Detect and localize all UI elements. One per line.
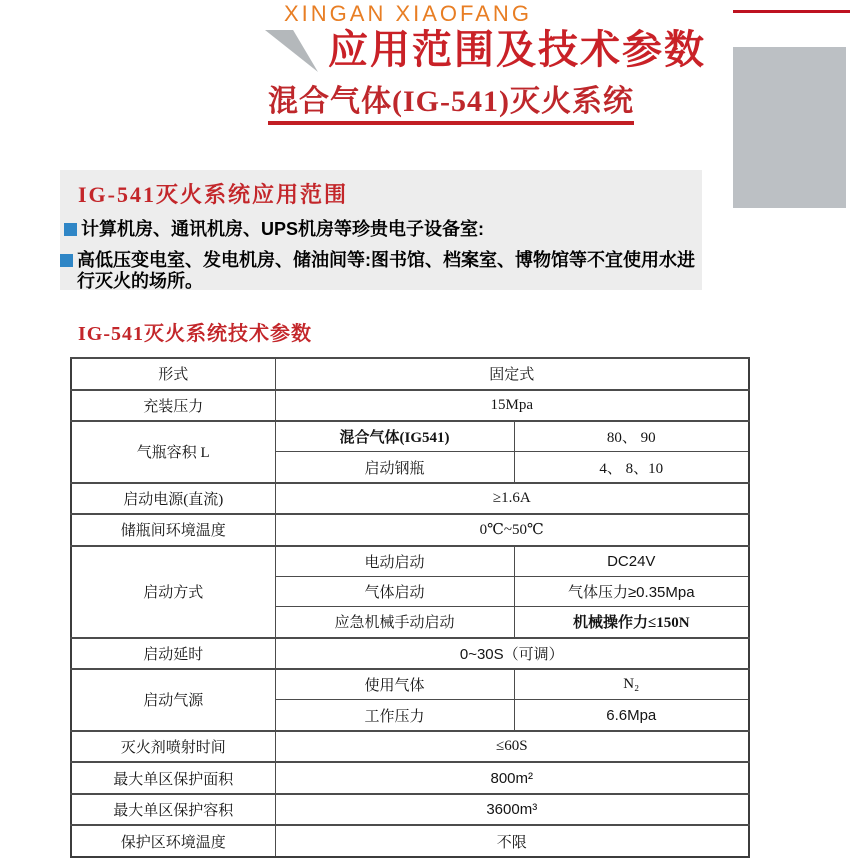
table-cell-label: 气瓶容积 L bbox=[71, 421, 275, 483]
application-item-list: 计算机房、通讯机房、UPS机房等珍贵电子设备室:高低压变电室、发电机房、储油间等… bbox=[60, 219, 702, 292]
application-item-text: 计算机房、通讯机房、UPS机房等珍贵电子设备室: bbox=[81, 219, 484, 240]
table-cell-label: 储瓶间环境温度 bbox=[71, 514, 275, 546]
table-cell-label: 启动方式 bbox=[71, 546, 275, 638]
table-cell-value: 机械操作力≤150N bbox=[514, 607, 749, 638]
system-subtitle: 混合气体(IG-541)灭火系统 bbox=[268, 85, 634, 125]
title-triangle-icon bbox=[265, 30, 318, 72]
table-row: 储瓶间环境温度0℃~50℃ bbox=[71, 514, 749, 546]
table-cell-value: ≥1.6A bbox=[275, 483, 749, 515]
brochure-page: XINGAN XIAOFANG 应用范围及技术参数 混合气体(IG-541)灭火… bbox=[0, 0, 850, 864]
table-row: 形式固定式 bbox=[71, 358, 749, 390]
table-row: 充装压力15Mpa bbox=[71, 390, 749, 422]
table-cell-label: 最大单区保护容积 bbox=[71, 794, 275, 826]
table-cell-value: 0℃~50℃ bbox=[275, 514, 749, 546]
table-cell-subname: 启动钢瓶 bbox=[275, 452, 514, 483]
table-cell-subname: 混合气体(IG541) bbox=[275, 421, 514, 452]
table-cell-label: 启动延时 bbox=[71, 638, 275, 670]
table-row: 启动延时0~30S（可调） bbox=[71, 638, 749, 670]
table-cell-label: 灭火剂喷射时间 bbox=[71, 731, 275, 763]
table-cell-value: 6.6Mpa bbox=[514, 700, 749, 731]
table-cell-value: 80、 90 bbox=[514, 421, 749, 452]
table-cell-value: 15Mpa bbox=[275, 390, 749, 422]
table-cell-value: 800m² bbox=[275, 762, 749, 794]
table-row: 最大单区保护容积3600m³ bbox=[71, 794, 749, 826]
table-cell-subname: 使用气体 bbox=[275, 669, 514, 700]
table-row: 灭火剂喷射时间≤60S bbox=[71, 731, 749, 763]
table-cell-value: 4、 8、10 bbox=[514, 452, 749, 483]
application-item-text: 高低压变电室、发电机房、储油间等:图书馆、档案室、博物馆等不宜使用水进行灭火的场… bbox=[77, 250, 702, 292]
table-cell-label: 启动电源(直流) bbox=[71, 483, 275, 515]
table-cell-value: N₂ bbox=[514, 669, 749, 700]
application-item: 高低压变电室、发电机房、储油间等:图书馆、档案室、博物馆等不宜使用水进行灭火的场… bbox=[60, 250, 702, 292]
table-cell-value: 固定式 bbox=[275, 358, 749, 390]
table-cell-subname: 气体启动 bbox=[275, 577, 514, 607]
table-row: 启动气源使用气体N₂ bbox=[71, 669, 749, 700]
brand-text: XINGAN XIAOFANG bbox=[284, 1, 532, 27]
table-cell-subname: 应急机械手动启动 bbox=[275, 607, 514, 638]
table-cell-subname: 工作压力 bbox=[275, 700, 514, 731]
top-right-red-line bbox=[733, 10, 850, 13]
table-cell-label: 保护区环境温度 bbox=[71, 825, 275, 857]
table-cell-label: 最大单区保护面积 bbox=[71, 762, 275, 794]
application-scope-section: IG-541灭火系统应用范围 计算机房、通讯机房、UPS机房等珍贵电子设备室:高… bbox=[60, 170, 702, 290]
table-cell-value: 不限 bbox=[275, 825, 749, 857]
tech-params-table: 形式固定式充装压力15Mpa气瓶容积 L混合气体(IG541)80、 90启动钢… bbox=[70, 357, 750, 858]
table-cell-value: 0~30S（可调） bbox=[275, 638, 749, 670]
table-row: 气瓶容积 L混合气体(IG541)80、 90 bbox=[71, 421, 749, 452]
table-row: 保护区环境温度不限 bbox=[71, 825, 749, 857]
table-row: 启动电源(直流)≥1.6A bbox=[71, 483, 749, 515]
page-title: 应用范围及技术参数 bbox=[328, 27, 706, 73]
tech-params-table-body: 形式固定式充装压力15Mpa气瓶容积 L混合气体(IG541)80、 90启动钢… bbox=[71, 358, 749, 857]
table-row: 启动方式电动启动DC24V bbox=[71, 546, 749, 577]
application-scope-title: IG-541灭火系统应用范围 bbox=[78, 180, 702, 210]
bullet-square-icon bbox=[60, 254, 73, 267]
table-cell-value: 3600m³ bbox=[275, 794, 749, 826]
bullet-square-icon bbox=[64, 223, 77, 236]
top-right-gray-placeholder bbox=[733, 47, 846, 208]
application-item: 计算机房、通讯机房、UPS机房等珍贵电子设备室: bbox=[60, 219, 702, 240]
table-cell-value: ≤60S bbox=[275, 731, 749, 763]
table-cell-label: 充装压力 bbox=[71, 390, 275, 422]
table-row: 最大单区保护面积800m² bbox=[71, 762, 749, 794]
table-cell-subname: 电动启动 bbox=[275, 546, 514, 577]
table-cell-value: DC24V bbox=[514, 546, 749, 577]
table-cell-label: 形式 bbox=[71, 358, 275, 390]
tech-params-title: IG-541灭火系统技术参数 bbox=[78, 320, 312, 348]
table-cell-value: 气体压力≥0.35Mpa bbox=[514, 577, 749, 607]
table-cell-label: 启动气源 bbox=[71, 669, 275, 731]
